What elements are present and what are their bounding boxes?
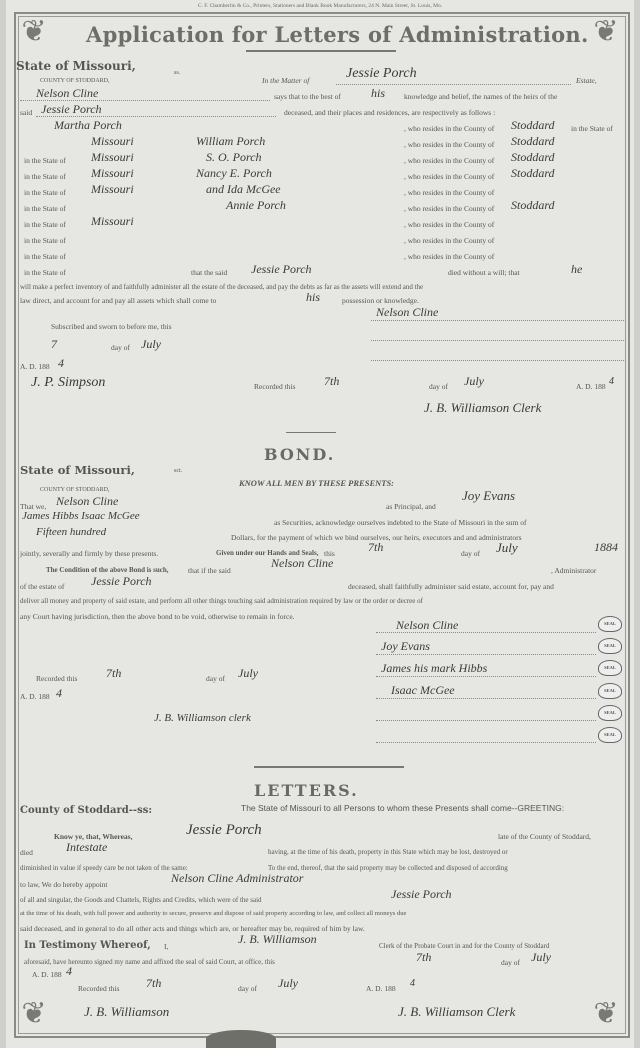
printer-line: C. F. Chamberlin & Co., Printers, Statio… <box>6 3 634 9</box>
seal-icon: SEAL <box>598 616 622 632</box>
page-title: Application for Letters of Administratio… <box>86 22 589 47</box>
letters-appointee: Nelson Cline Administrator <box>171 871 303 886</box>
seal-icon: SEAL <box>598 705 622 721</box>
matter-label: In the Matter of <box>262 76 309 85</box>
bond-sum: Fifteen hundred <box>36 526 106 538</box>
title-rule <box>246 50 396 52</box>
heir-name: Martha Porch <box>54 118 122 133</box>
letters-title: LETTERS. <box>254 781 359 800</box>
bond-admin-name: Nelson Cline <box>271 556 333 571</box>
letters-deceased: Jessie Porch <box>186 822 262 839</box>
ornament-bottom-right-icon: ❦ <box>584 994 628 1034</box>
bond-surety: Joy Evans <box>462 488 515 504</box>
seal-icon: SEAL <box>598 683 622 699</box>
bond-sureties: James Hibbs Isaac McGee <box>22 510 140 522</box>
applicant-name: Nelson Cline <box>36 86 98 101</box>
estate-label: Estate, <box>576 76 597 85</box>
clerk-signature: J. B. Williamson Clerk <box>424 400 541 416</box>
heir-name: Nancy E. Porch <box>196 166 272 181</box>
know-all-heading: KNOW ALL MEN BY THESE PRESENTS: <box>239 478 394 488</box>
seal-icon: SEAL <box>598 638 622 654</box>
ornament-bottom-left-icon: ❦ <box>12 994 56 1034</box>
seal-icon: SEAL <box>598 660 622 676</box>
bond-estate-name: Jessie Porch <box>91 574 152 589</box>
heir-name: S. O. Porch <box>206 150 262 165</box>
justice-signature: J. P. Simpson <box>31 375 105 391</box>
county-label: COUNTY OF STODDARD, <box>40 78 110 84</box>
heir-county: Stoddard <box>511 118 555 133</box>
heir-name: and Ida McGee <box>206 182 281 197</box>
heir-state: Missouri <box>91 134 134 149</box>
deceased-name: Jessie Porch <box>41 102 102 117</box>
bond-principal: Nelson Cline <box>56 494 118 509</box>
bond-signature: Joy Evans <box>381 639 430 654</box>
state-label: State of Missouri, <box>16 59 136 73</box>
paper-stain <box>206 1030 276 1048</box>
bond-signature: Isaac McGee <box>391 683 455 698</box>
bond-clerk-signature: J. B. Williamson clerk <box>154 712 251 724</box>
heir-name: Annie Porch <box>226 198 286 213</box>
heir-county: Stoddard <box>511 134 555 149</box>
bond-signature: Nelson Cline <box>396 618 458 633</box>
letters-clerk-name: J. B. Williamson <box>238 932 317 947</box>
letters-left-signature: J. B. Williamson <box>84 1004 169 1020</box>
matter-value: Jessie Porch <box>346 66 417 82</box>
greeting: The State of Missouri to all Persons to … <box>241 803 564 813</box>
ornament-top-left-icon: ❦ <box>12 12 56 52</box>
document-page: C. F. Chamberlin & Co., Printers, Statio… <box>6 0 634 1048</box>
heir-name: William Porch <box>196 134 265 149</box>
letters-right-signature: J. B. Williamson Clerk <box>398 1004 515 1020</box>
ornament-top-right-icon: ❦ <box>584 12 628 52</box>
applicant-signature: Nelson Cline <box>376 305 438 320</box>
testimony-heading: In Testimony Whereof, <box>24 940 151 951</box>
seal-icon: SEAL <box>598 727 622 743</box>
bond-signature: James his mark Hibbs <box>381 661 487 676</box>
bond-title: BOND. <box>264 445 335 464</box>
ss-label: ss. <box>174 70 180 76</box>
died-name: Jessie Porch <box>251 262 312 277</box>
